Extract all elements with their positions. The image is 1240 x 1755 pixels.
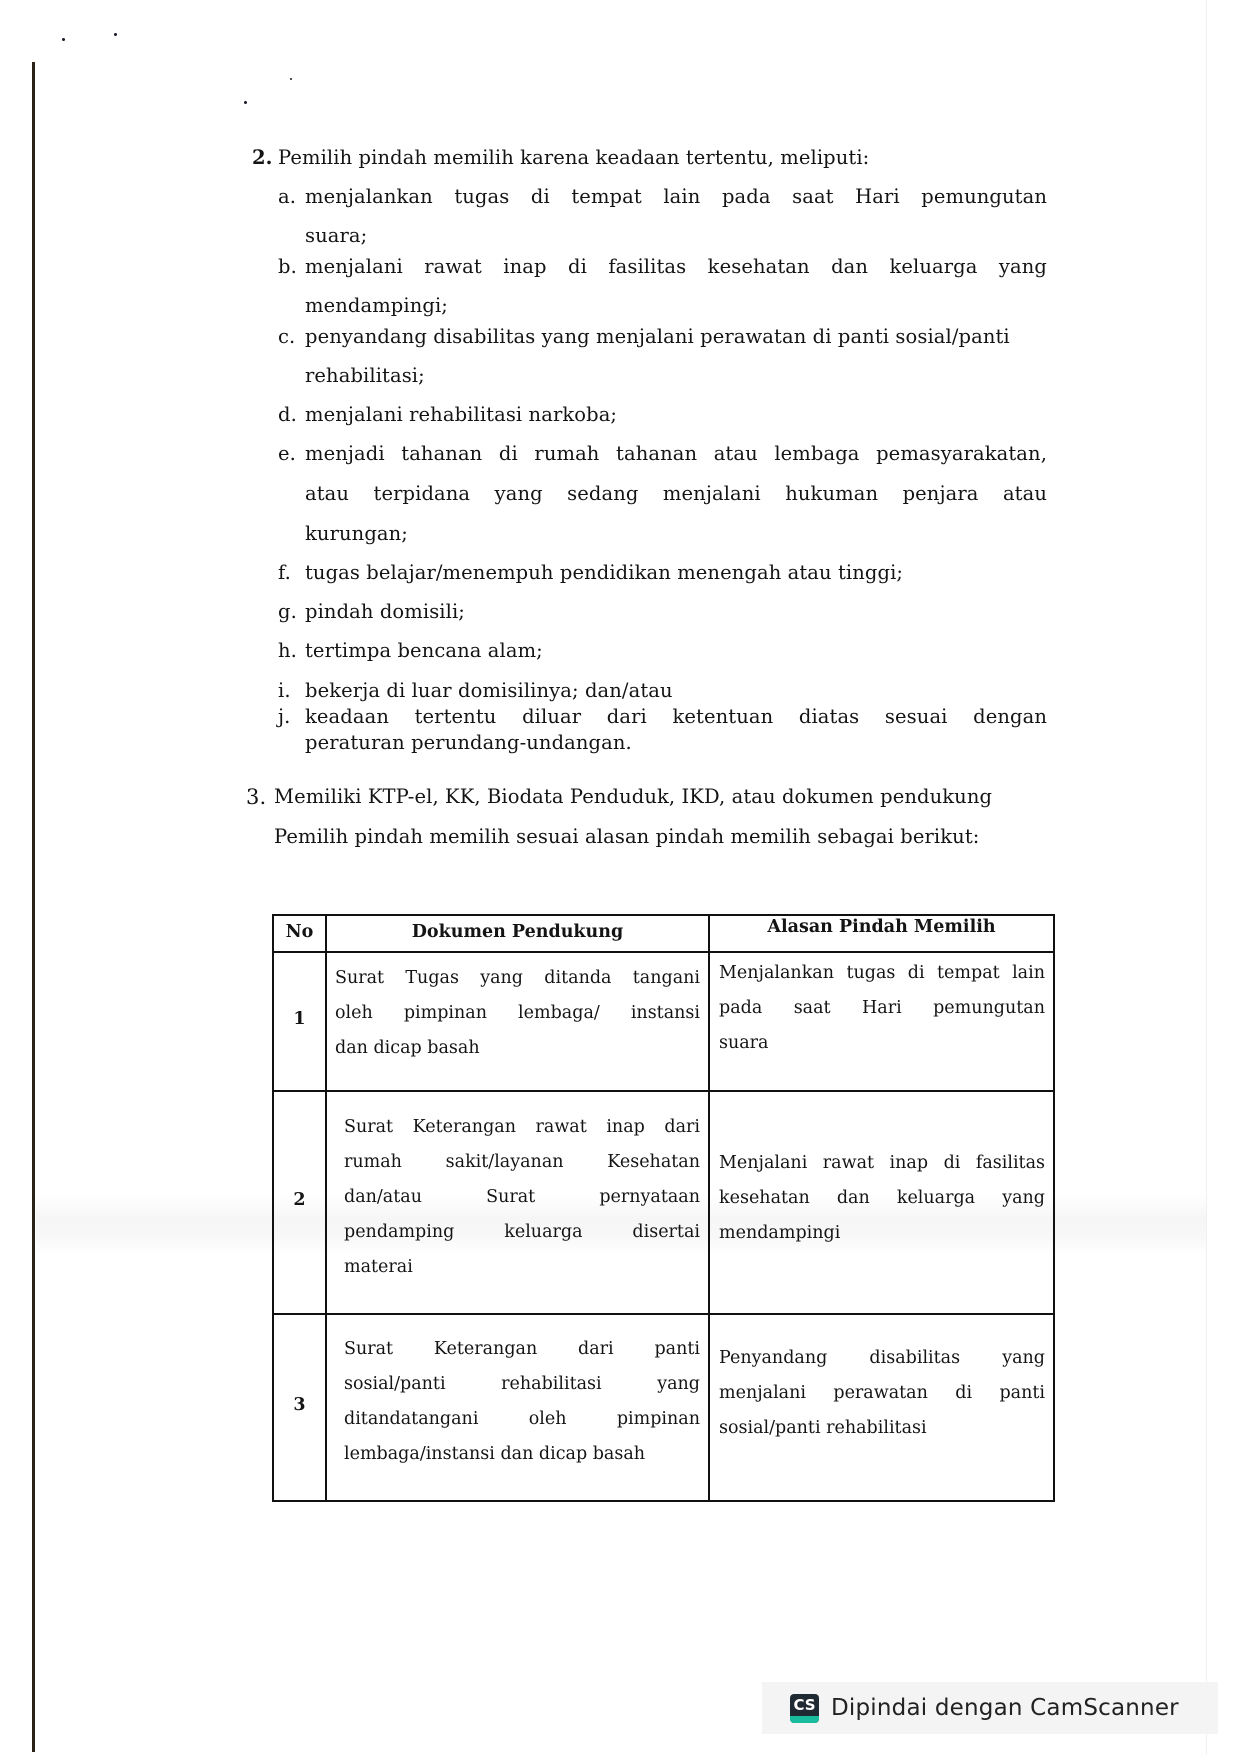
list-item-text: rehabilitasi; <box>305 364 425 388</box>
list-item-text: menjadi tahanan di rumah tahanan atau le… <box>305 442 1047 466</box>
scan-speck <box>114 33 117 36</box>
list-item-text: pindah domisili; <box>305 600 465 624</box>
header-no: No <box>272 922 327 942</box>
table-border <box>1053 914 1055 1502</box>
table-border <box>272 1313 1055 1315</box>
row-number: 1 <box>272 1009 327 1029</box>
list-item-text: peraturan perundang-undangan. <box>305 731 632 755</box>
list-item-text: menjalani rehabilitasi narkoba; <box>305 403 617 427</box>
section-3-line-2: Pemilih pindah memilih sesuai alasan pin… <box>274 825 979 849</box>
list-item-marker: i. <box>278 679 291 703</box>
list-item-marker: j. <box>278 705 290 729</box>
table-border <box>708 914 710 1502</box>
camscanner-watermark: CS Dipindai dengan CamScanner <box>762 1682 1218 1734</box>
table-border <box>272 1500 1055 1502</box>
cell-alasan-pindah-memilih: Menjalankan tugas di tempat lainpada saa… <box>719 956 1045 1061</box>
watermark-label: Dipindai dengan CamScanner <box>831 1695 1179 1721</box>
dokumen-pendukung-table: No Dokumen Pendukung Alasan Pindah Memil… <box>272 914 1055 1502</box>
list-item-text: suara; <box>305 224 367 248</box>
scan-speck <box>62 38 65 41</box>
list-item-text: keadaan tertentu diluar dari ketentuan d… <box>305 705 1047 729</box>
list-item-text: mendampingi; <box>305 294 448 318</box>
header-alasan-pindah-memilih: Alasan Pindah Memilih <box>710 917 1053 937</box>
list-item-text: tugas belajar/menempuh pendidikan meneng… <box>305 561 903 585</box>
cell-dokumen-pendukung: Surat Keterangan dari pantisosial/panti … <box>344 1332 700 1472</box>
list-item-marker: a. <box>278 185 296 209</box>
list-item-text: tertimpa bencana alam; <box>305 639 543 663</box>
table-border <box>272 1090 1055 1092</box>
header-dokumen-pendukung: Dokumen Pendukung <box>327 922 708 942</box>
row-number: 3 <box>272 1395 327 1415</box>
row-number: 2 <box>272 1190 327 1210</box>
table-border <box>272 914 1055 916</box>
list-item-text: atau terpidana yang sedang menjalani huk… <box>305 482 1047 506</box>
list-item-text: menjalankan tugas di tempat lain pada sa… <box>305 185 1047 209</box>
cell-alasan-pindah-memilih: Menjalani rawat inap di fasilitaskesehat… <box>719 1146 1045 1251</box>
scan-page-edge <box>32 62 35 1752</box>
section-3-number: 3. <box>246 785 266 809</box>
list-item-text: menjalani rawat inap di fasilitas keseha… <box>305 255 1047 279</box>
cell-alasan-pindah-memilih: Penyandang disabilitas yangmenjalani per… <box>719 1341 1045 1446</box>
scan-page-edge-right <box>1206 0 1207 1755</box>
list-item-text: bekerja di luar domisilinya; dan/atau <box>305 679 673 703</box>
list-item-marker: f. <box>278 561 291 585</box>
list-item-marker: g. <box>278 600 297 624</box>
list-item-text: kurungan; <box>305 522 408 546</box>
list-item-marker: b. <box>278 255 297 279</box>
section-2-number: 2. <box>252 146 273 170</box>
list-item-marker: h. <box>278 639 297 663</box>
camscanner-logo-icon: CS <box>790 1694 819 1723</box>
section-2-heading: Pemilih pindah memilih karena keadaan te… <box>278 146 869 170</box>
list-item-marker: e. <box>278 442 296 466</box>
scan-speck <box>244 101 247 104</box>
cell-dokumen-pendukung: Surat Keterangan rawat inap darirumah sa… <box>344 1110 700 1285</box>
section-3-line-1: Memiliki KTP-el, KK, Biodata Penduduk, I… <box>274 785 992 809</box>
list-item-text: penyandang disabilitas yang menjalani pe… <box>305 325 1010 349</box>
list-item-marker: c. <box>278 325 295 349</box>
table-border <box>272 951 1055 953</box>
cell-dokumen-pendukung: Surat Tugas yang ditanda tanganioleh pim… <box>335 961 700 1066</box>
scan-speck <box>290 78 292 80</box>
list-item-marker: d. <box>278 403 297 427</box>
